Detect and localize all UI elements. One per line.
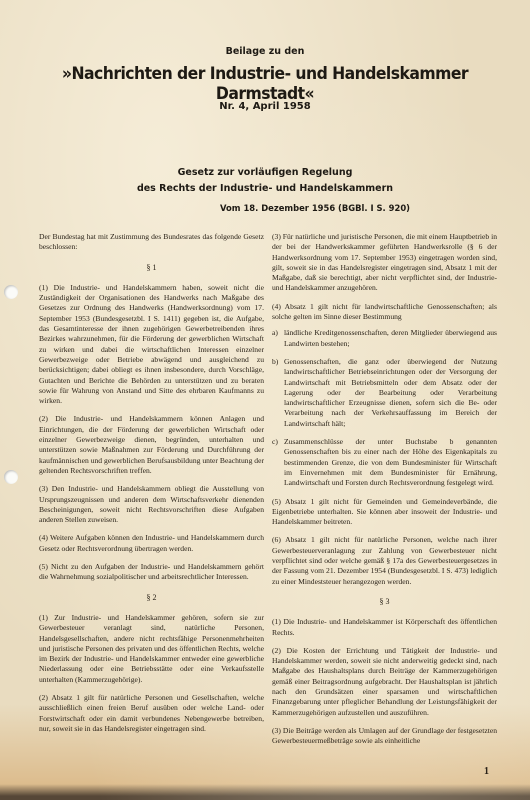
list-marker: c) [272,437,284,488]
punch-hole-bottom [4,470,18,484]
s1-paragraph-1: (1) Die Industrie- und Handelskammern ha… [39,283,264,407]
s1-paragraph-5: (5) Nicht zu den Aufgaben der Industrie-… [39,562,264,583]
publication-title: »Nachrichten der Industrie- und Handelsk… [21,64,509,104]
preamble: Der Bundestag hat mit Zustimmung des Bun… [39,232,264,253]
law-title-line1: Gesetz zur vorläufigen Regelung [0,167,530,178]
list-text: Zusammenschlüsse der unter Buchstabe b g… [284,437,497,488]
issue-number: Nr. 4, April 1958 [0,101,530,112]
punch-hole-top [4,285,18,299]
s3-paragraph-2: (2) Die Kosten der Errichtung und Tätigk… [272,646,497,718]
section-heading-3: § 3 [272,597,497,607]
s3-paragraph-1: (1) Die Industrie- und Handelskammer ist… [272,617,497,638]
s1-paragraph-3: (3) Den Industrie- und Handelskammern ob… [39,484,264,525]
s3-paragraph-3: (3) Die Beiträge werden als Umlagen auf … [272,726,497,747]
list-marker: b) [272,357,284,429]
s2-paragraph-5: (5) Absatz 1 gilt nicht für Gemeinden un… [272,497,497,528]
s2-paragraph-2: (2) Absatz 1 gilt für natürliche Persone… [39,693,264,734]
page-number: 1 [484,766,489,777]
left-column: Der Bundestag hat mit Zustimmung des Bun… [39,232,264,742]
list-text: ländliche Kreditgenossenschaften, deren … [284,328,497,349]
s2-paragraph-6: (6) Absatz 1 gilt nicht für natürliche P… [272,535,497,586]
list-text: Genossenschaften, die ganz oder überwieg… [284,357,497,429]
list-marker: a) [272,328,284,349]
section-heading-2: § 2 [39,593,264,603]
list-item-c: c) Zusammenschlüsse der unter Buchstabe … [272,437,497,488]
law-date: Vom 18. Dezember 1956 (BGBl. I S. 920) [50,203,530,213]
supplement-label: Beilage zu den [0,46,530,57]
right-column: (3) Für natürliche und juristische Perso… [272,232,497,754]
s2-paragraph-3: (3) Für natürliche und juristische Perso… [272,232,497,294]
list-item-b: b) Genossenschaften, die ganz oder überw… [272,357,497,429]
list-item-a: a) ländliche Kreditgenossenschaften, der… [272,328,497,349]
s2-paragraph-1: (1) Zur Industrie- und Handelskammer geh… [39,613,264,685]
law-title-line2: des Rechts der Industrie- und Handelskam… [0,183,530,194]
s2-paragraph-4: (4) Absatz 1 gilt nicht für landwirtscha… [272,302,497,323]
section-heading-1: § 1 [39,263,264,273]
s1-paragraph-2: (2) Die Industrie- und Handelskammern kö… [39,414,264,476]
s1-paragraph-4: (4) Weitere Aufgaben können den Industri… [39,533,264,554]
